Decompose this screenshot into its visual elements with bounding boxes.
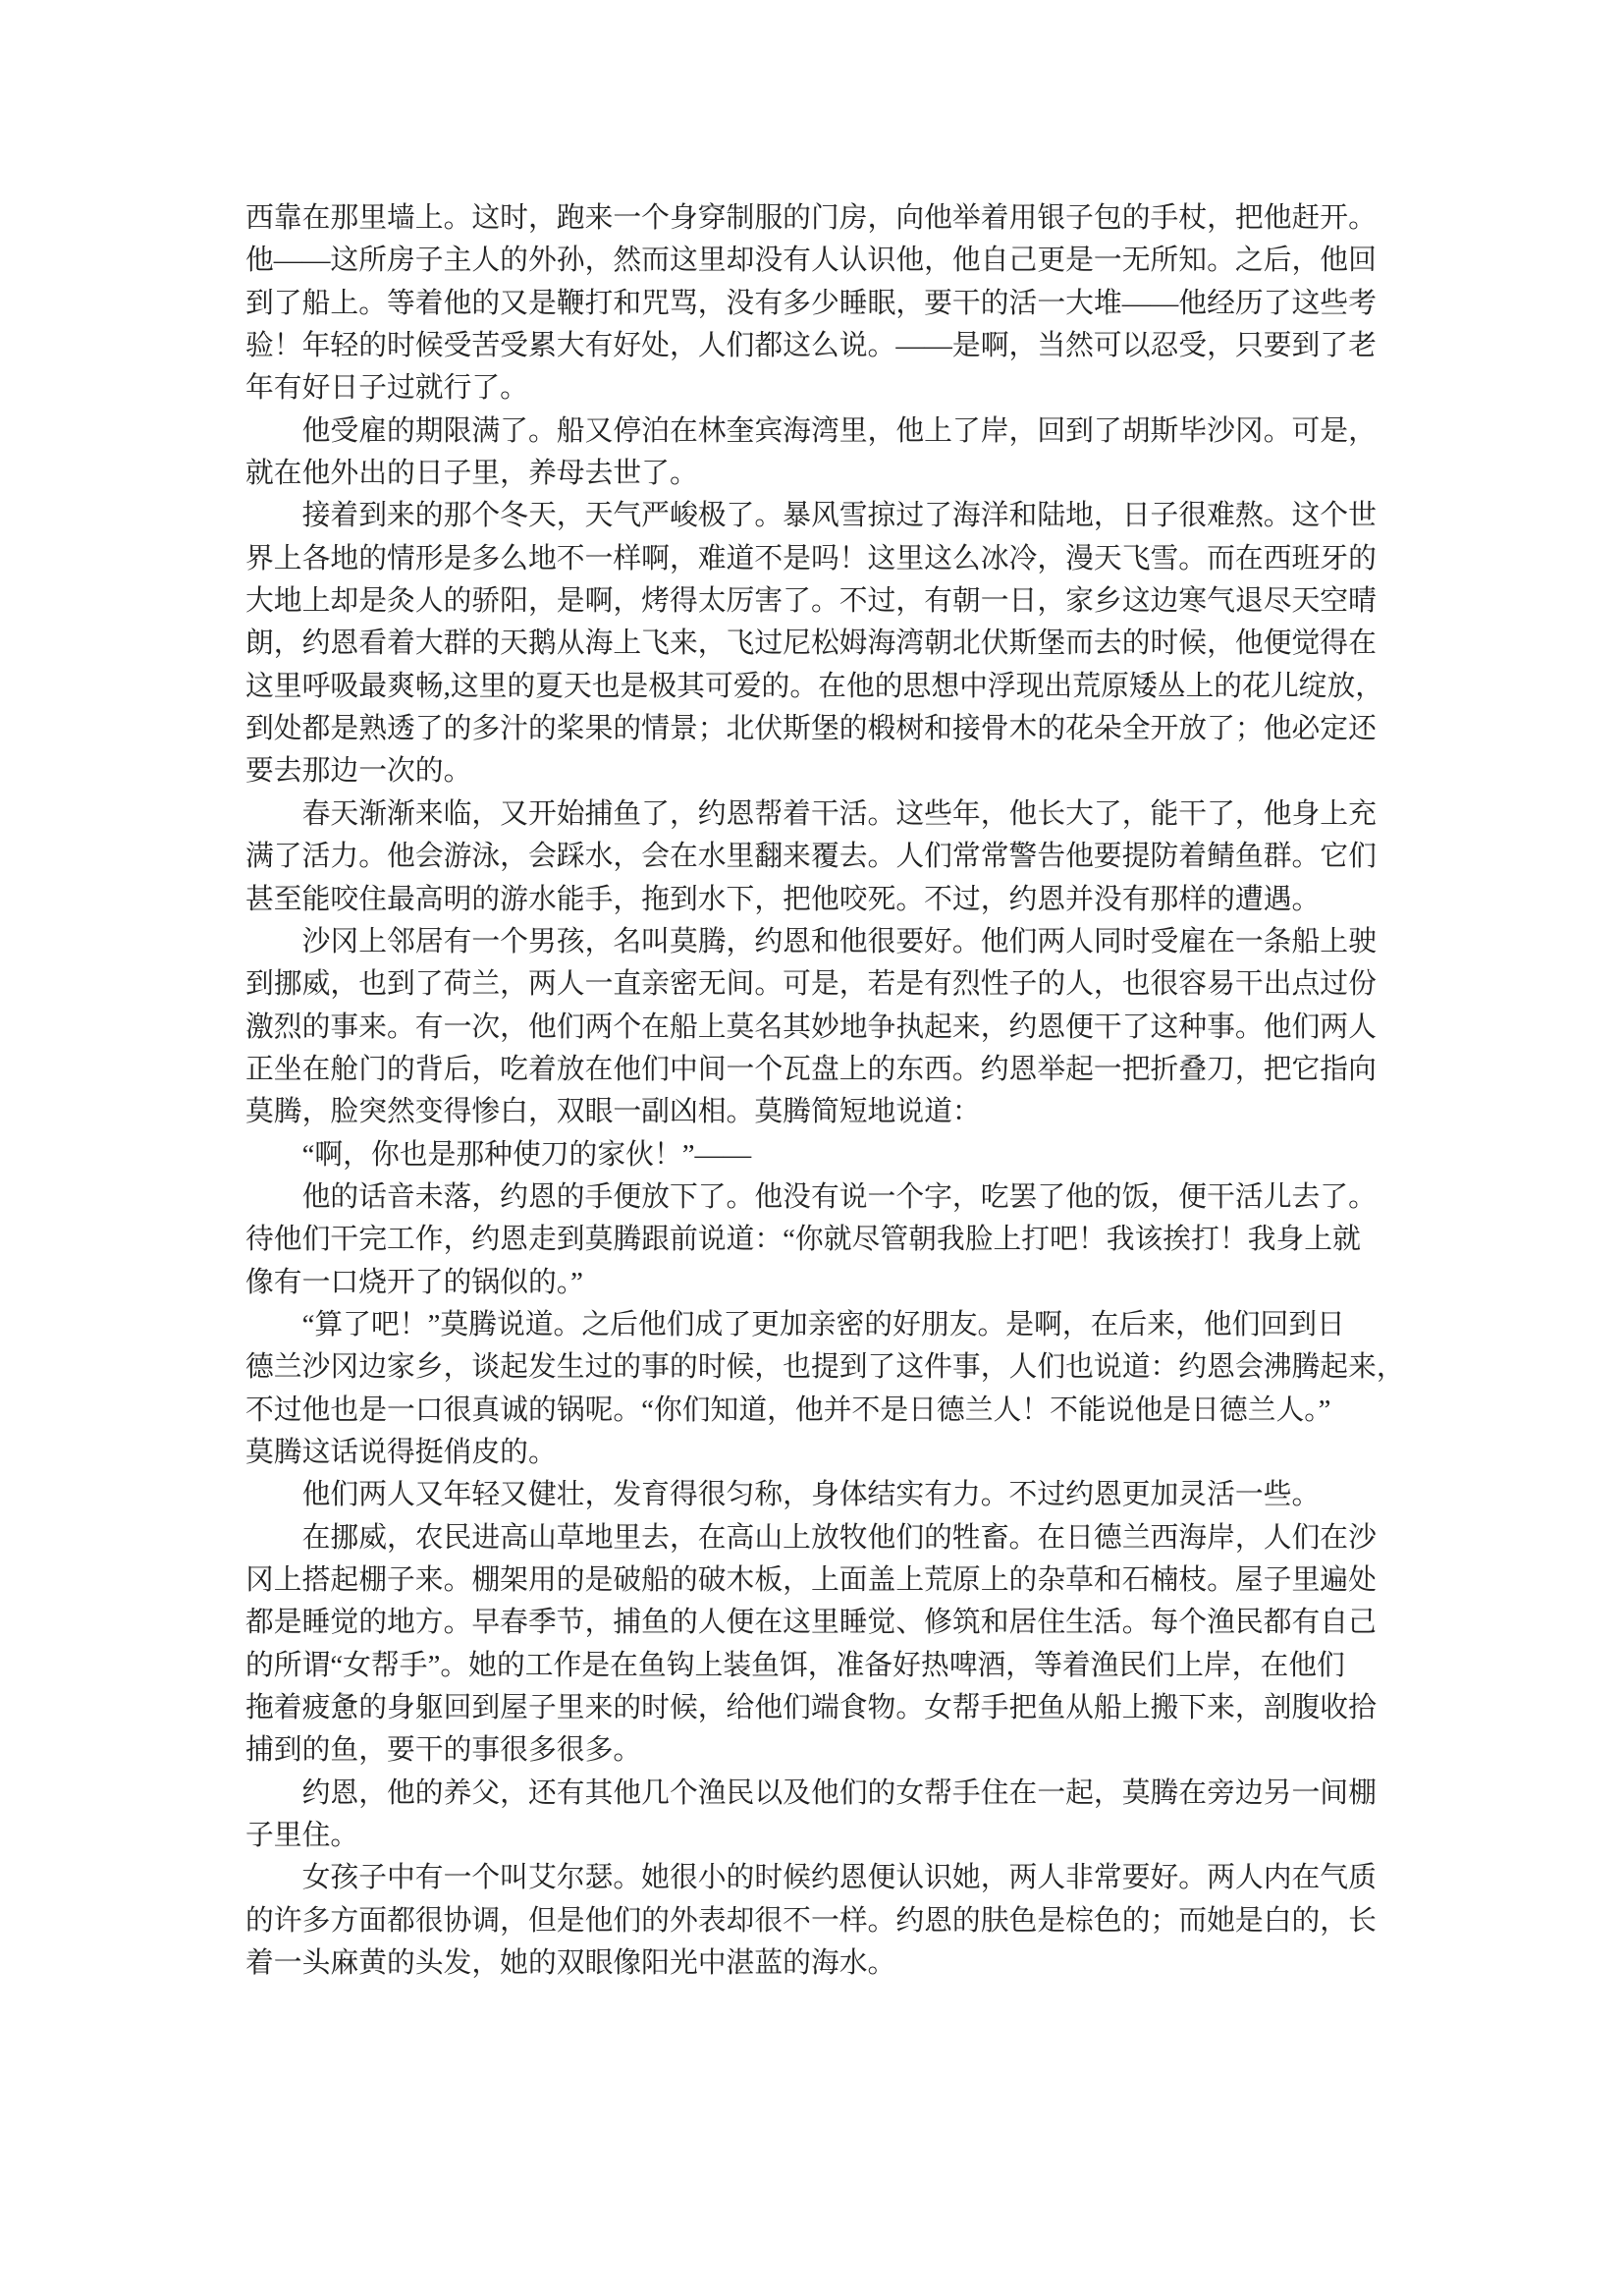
text-line: 要去那边一次的。 xyxy=(245,750,1389,793)
text-line: 大地上却是灸人的骄阳，是啊，烤得太厉害了。不过，有朝一日，家乡这边寒气退尽天空晴 xyxy=(245,580,1389,623)
text-line: 着一头麻黄的头发，她的双眼像阳光中湛蓝的海水。 xyxy=(245,1942,1389,1985)
text-line: 界上各地的情形是多么地不一样啊，难道不是吗！这里这么冰冷，漫天飞雪。而在西班牙的 xyxy=(245,538,1389,580)
text-line: 到挪威，也到了荷兰，两人一直亲密无间。可是，若是有烈性子的人，也很容易干出点过份 xyxy=(245,963,1389,1006)
text-line: 他——这所房子主人的外孙，然而这里却没有人认识他，他自己更是一无所知。之后，他回 xyxy=(245,240,1389,282)
text-line: 到处都是熟透了的多汁的桨果的情景；北伏斯堡的椴树和接骨木的花朵全开放了；他必定还 xyxy=(245,708,1389,750)
text-line: 的所谓“女帮手”。她的工作是在鱼钩上装鱼饵，准备好热啤酒，等着渔民们上岸，在他们 xyxy=(245,1645,1389,1687)
text-line: 像有一口烧开了的锅似的。” xyxy=(245,1262,1389,1304)
text-line: 年有好日子过就行了。 xyxy=(245,367,1389,410)
text-line: 的许多方面都很协调，但是他们的外表却很不一样。约恩的肤色是棕色的；而她是白的，长 xyxy=(245,1900,1389,1942)
text-line: 莫腾这话说得挺俏皮的。 xyxy=(245,1432,1389,1474)
text-line: 莫腾，脸突然变得惨白，双眼一副凶相。莫腾简短地说道： xyxy=(245,1091,1389,1133)
text-line: 这里呼吸最爽畅,这里的夏天也是极其可爱的。在他的思想中浮现出荒原矮丛上的花儿绽放… xyxy=(245,666,1389,708)
text-line: 激烈的事来。有一次，他们两个在船上莫名其妙地争执起来，约恩便干了这种事。他们两人 xyxy=(245,1007,1389,1049)
text-line: 捕到的鱼，要干的事很多很多。 xyxy=(245,1729,1389,1772)
text-line: 他的话音未落，约恩的手便放下了。他没有说一个字，吃罢了他的饭，便干活儿去了。 xyxy=(245,1176,1389,1219)
text-line: 德兰沙冈边家乡，谈起发生过的事的时候，也提到了这件事，人们也说道：约恩会沸腾起来… xyxy=(245,1346,1389,1389)
text-line: 正坐在舱门的背后，吃着放在他们中间一个瓦盘上的东西。约恩举起一把折叠刀，把它指向 xyxy=(245,1049,1389,1091)
text-line: 他受雇的期限满了。船又停泊在林奎宾海湾里，他上了岸，回到了胡斯毕沙冈。可是， xyxy=(245,410,1389,453)
document-page: 西靠在那里墙上。这时，跑来一个身穿制服的门房，向他举着用银子包的手杖，把他赶开。… xyxy=(0,0,1623,2296)
text-line: 子里住。 xyxy=(245,1815,1389,1857)
text-line: 约恩，他的养父，还有其他几个渔民以及他们的女帮手住在一起，莫腾在旁边另一间棚 xyxy=(245,1773,1389,1815)
text-line: 女孩子中有一个叫艾尔瑟。她很小的时候约恩便认识她，两人非常要好。两人内在气质 xyxy=(245,1857,1389,1899)
text-line: 他们两人又年轻又健壮，发育得很匀称，身体结实有力。不过约恩更加灵活一些。 xyxy=(245,1474,1389,1516)
text-line: 到了船上。等着他的又是鞭打和咒骂，没有多少睡眠，要干的活一大堆——他经历了这些考 xyxy=(245,283,1389,325)
text-line: 不过他也是一口很真诚的锅呢。“你们知道，他并不是日德兰人！不能说他是日德兰人。” xyxy=(245,1390,1389,1432)
text-line: “算了吧！”莫腾说道。之后他们成了更加亲密的好朋友。是啊，在后来，他们回到日 xyxy=(245,1304,1389,1346)
text-line: 朗，约恩看着大群的天鹅从海上飞来，飞过尼松姆海湾朝北伏斯堡而去的时候，他便觉得在 xyxy=(245,623,1389,665)
text-line: 待他们干完工作，约恩走到莫腾跟前说道：“你就尽管朝我脸上打吧！我该挨打！我身上就 xyxy=(245,1219,1389,1261)
text-line: 就在他外出的日子里，养母去世了。 xyxy=(245,453,1389,495)
text-line: 都是睡觉的地方。早春季节，捕鱼的人便在这里睡觉、修筑和居住生活。每个渔民都有自己 xyxy=(245,1602,1389,1644)
text-line: 沙冈上邻居有一个男孩，名叫莫腾，约恩和他很要好。他们两人同时受雇在一条船上驶 xyxy=(245,921,1389,963)
text-line: 在挪威，农民进高山草地里去，在高山上放牧他们的牲畜。在日德兰西海岸，人们在沙 xyxy=(245,1517,1389,1559)
text-line: 冈上搭起棚子来。棚架用的是破船的破木板，上面盖上荒原上的杂草和石楠枝。屋子里遍处 xyxy=(245,1559,1389,1602)
text-line: 西靠在那里墙上。这时，跑来一个身穿制服的门房，向他举着用银子包的手杖，把他赶开。 xyxy=(245,197,1389,240)
text-line: 春天渐渐来临，又开始捕鱼了，约恩帮着干活。这些年，他长大了，能干了，他身上充 xyxy=(245,793,1389,836)
text-line: 拖着疲惫的身躯回到屋子里来的时候，给他们端食物。女帮手把鱼从船上搬下来，剖腹收拾 xyxy=(245,1687,1389,1729)
text-line: “啊，你也是那种使刀的家伙！”—— xyxy=(245,1134,1389,1176)
text-line: 接着到来的那个冬天，天气严峻极了。暴风雪掠过了海洋和陆地，日子很难熬。这个世 xyxy=(245,495,1389,537)
text-line: 验！年轻的时候受苦受累大有好处，人们都这么说。——是啊，当然可以忍受，只要到了老 xyxy=(245,325,1389,367)
text-line: 甚至能咬住最高明的游水能手，拖到水下，把他咬死。不过，约恩并没有那样的遭遇。 xyxy=(245,879,1389,921)
text-line: 满了活力。他会游泳，会踩水，会在水里翻来覆去。人们常常警告他要提防着鲭鱼群。它们 xyxy=(245,836,1389,878)
text-content: 西靠在那里墙上。这时，跑来一个身穿制服的门房，向他举着用银子包的手杖，把他赶开。… xyxy=(245,197,1389,1985)
